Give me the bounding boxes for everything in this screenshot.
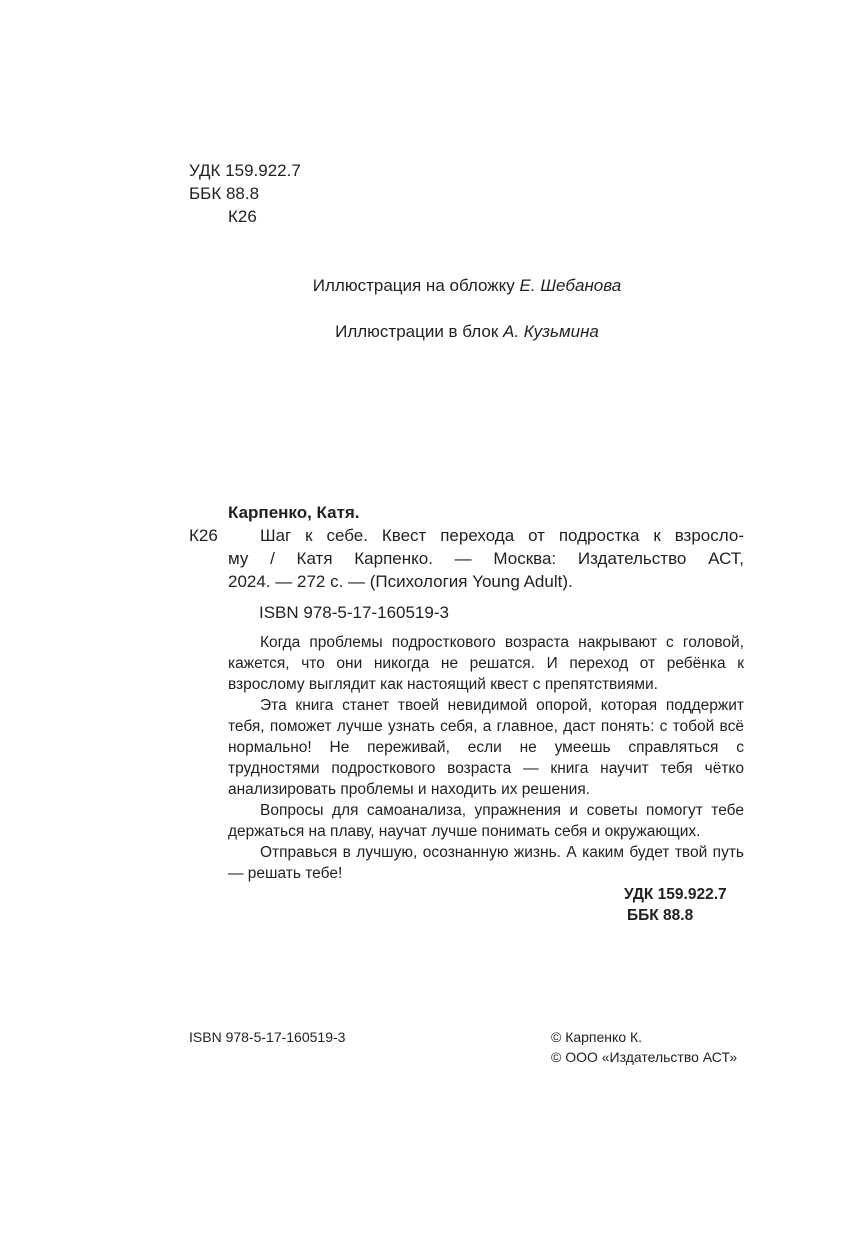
annotation-paragraph: Вопросы для самоанализа, упражнения и со… (228, 800, 744, 842)
author-heading: Карпенко, Катя. (228, 502, 360, 523)
block-illustration-credit: Иллюстрации в блок А. Кузьмина (0, 321, 844, 342)
annotation-paragraph: Отправься в лучшую, осознанную жизнь. А … (228, 842, 744, 884)
block-artist: А. Кузьмина (503, 322, 599, 341)
footer-isbn: ISBN 978-5-17-160519-3 (189, 1027, 345, 1047)
catalog-line: Шаг к себе. Квест перехода от подростка … (228, 525, 744, 546)
catalog-line: му / Катя Карпенко. — Москва: Издательст… (228, 548, 744, 569)
catalog-isbn: ISBN 978-5-17-160519-3 (259, 602, 449, 623)
copyright-publisher: © ООО «Издательство АСТ» (551, 1047, 737, 1067)
annotation-paragraph: Эта книга станет твоей невидимой опорой,… (228, 695, 744, 800)
udk-code-bottom: УДК 159.922.7 (624, 884, 727, 905)
copyright-author: © Карпенко К. (551, 1027, 642, 1047)
catalog-description: Шаг к себе. Квест перехода от подростка … (228, 525, 744, 592)
cover-label: Иллюстрация на обложку (313, 276, 515, 295)
bbk-code-top: ББК 88.8 (189, 183, 259, 204)
cover-illustration-credit: Иллюстрация на обложку Е. Шебанова (0, 275, 844, 296)
bbk-code-bottom: ББК 88.8 (627, 905, 693, 926)
catalog-sign: К26 (189, 525, 218, 546)
catalog-line: 2024. — 272 с. — (Психология Young Adult… (228, 571, 744, 592)
cover-artist: Е. Шебанова (520, 276, 622, 295)
udk-code-top: УДК 159.922.7 (189, 160, 301, 181)
block-label: Иллюстрации в блок (335, 322, 498, 341)
annotation-paragraph: Когда проблемы подросткового возраста на… (228, 632, 744, 695)
author-sign-top: К26 (228, 206, 257, 227)
annotation: Когда проблемы подросткового возраста на… (228, 632, 744, 884)
